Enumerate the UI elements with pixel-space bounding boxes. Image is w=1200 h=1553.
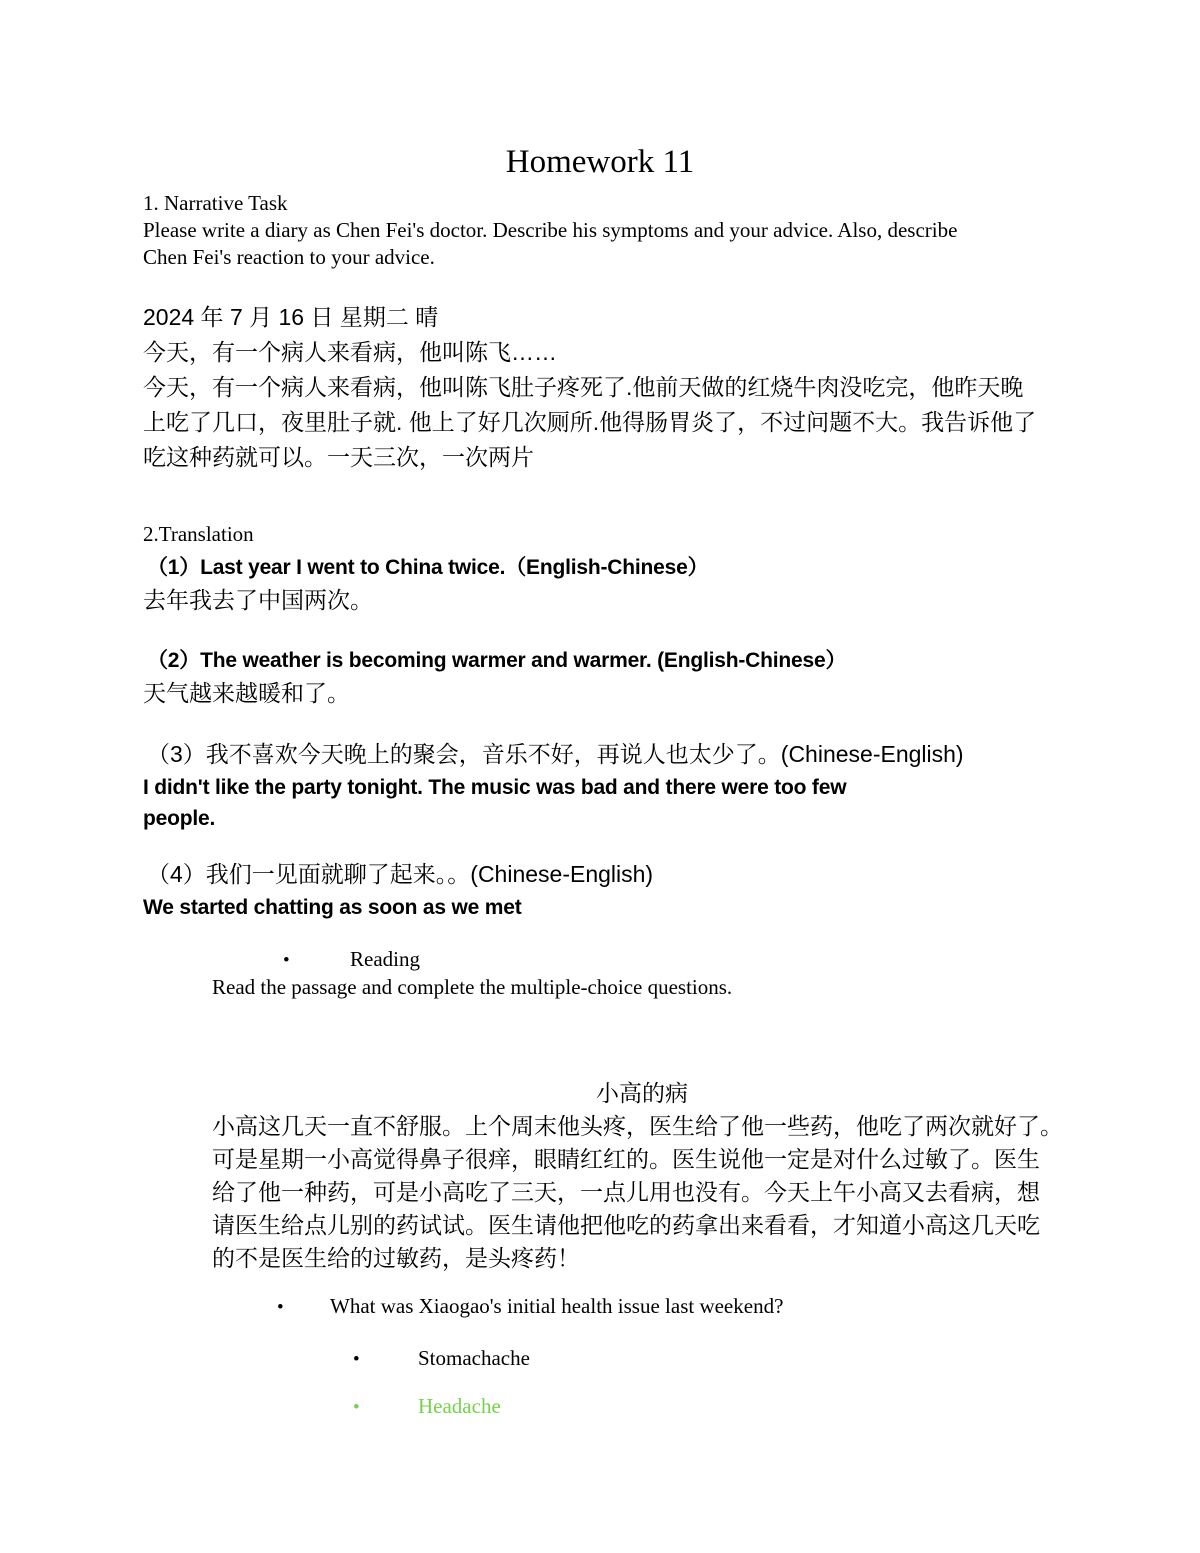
translation-item-3: （3）我不喜欢今天晚上的聚会，音乐不好，再说人也太少了。(Chinese-Eng… <box>143 737 1057 834</box>
translation-answer-line: I didn't like the party tonight. The mus… <box>143 772 1057 803</box>
option-label: Headache <box>418 1394 501 1418</box>
translation-heading: 2.Translation <box>143 521 1057 548</box>
translation-prompt: （1）Last year I went to China twice.（Engl… <box>143 552 1057 583</box>
answer-option-headache: •Headache <box>143 1393 1057 1421</box>
question-row: •What was Xiaogao's initial health issue… <box>143 1293 1057 1321</box>
option-label: Stomachache <box>418 1346 530 1370</box>
page-title: Homework 11 <box>143 142 1057 182</box>
translation-answer: 去年我去了中国两次。 <box>143 583 1057 618</box>
translation-item-1: （1）Last year I went to China twice.（Engl… <box>143 552 1057 618</box>
narrative-instructions: Please write a diary as Chen Fei's docto… <box>143 217 1057 271</box>
passage-title: 小高的病 <box>212 1077 1072 1110</box>
translation-answer: 天气越来越暖和了。 <box>143 676 1057 711</box>
question-text: What was Xiaogao's initial health issue … <box>330 1294 783 1318</box>
bullet-icon: • <box>353 1394 418 1421</box>
bullet-icon: • <box>353 1346 418 1373</box>
diary-entry: 2024 年 7 月 16 日 星期二 晴 今天，有一个病人来看病，他叫陈飞……… <box>143 300 1057 475</box>
passage-line: 给了他一种药，可是小高吃了三天，一点儿用也没有。今天上午小高又去看病，想 <box>212 1176 1072 1209</box>
reading-passage: 小高的病 小高这几天一直不舒服。上个周末他头疼，医生给了他一些药，他吃了两次就好… <box>143 1077 1072 1275</box>
passage-line: 请医生给点儿别的药试试。医生请他把他吃的药拿出来看看，才知道小高这几天吃 <box>212 1209 1072 1242</box>
diary-date-line: 2024 年 7 月 16 日 星期二 晴 <box>143 300 1057 335</box>
translation-answer-line: people. <box>143 803 1057 834</box>
passage-line: 的不是医生给的过敏药，是头疼药！ <box>212 1242 1072 1275</box>
translation-prompt: （4）我们一见面就聊了起来。。(Chinese-English) <box>143 857 1057 892</box>
bullet-icon: • <box>283 947 350 974</box>
diary-line: 今天，有一个病人来看病，他叫陈飞…… <box>143 335 1057 370</box>
narrative-instructions-line: Chen Fei's reaction to your advice. <box>143 244 1057 271</box>
diary-line: 今天，有一个病人来看病，他叫陈飞肚子疼死了.他前天做的红烧牛肉没吃完，他昨天晚 <box>143 370 1057 405</box>
translation-item-2: （2）The weather is becoming warmer and wa… <box>143 645 1057 711</box>
translation-prompt: （3）我不喜欢今天晚上的聚会，音乐不好，再说人也太少了。(Chinese-Eng… <box>143 737 1057 772</box>
translation-prompt: （2）The weather is becoming warmer and wa… <box>143 645 1057 676</box>
reading-instructions: Read the passage and complete the multip… <box>143 974 1057 1001</box>
translation-item-4: （4）我们一见面就聊了起来。。(Chinese-English) We star… <box>143 857 1057 923</box>
reading-section-heading-row: •Reading <box>143 946 1057 974</box>
narrative-task-heading: 1. Narrative Task <box>143 190 1057 217</box>
document-page: Homework 11 1. Narrative Task Please wri… <box>0 0 1200 1553</box>
passage-line: 可是星期一小高觉得鼻子很痒，眼睛红红的。医生说他一定是对什么过敏了。医生 <box>212 1143 1072 1176</box>
narrative-instructions-line: Please write a diary as Chen Fei's docto… <box>143 217 1057 244</box>
translation-answer-line: We started chatting as soon as we met <box>143 892 1057 923</box>
passage-line: 小高这几天一直不舒服。上个周末他头疼，医生给了他一些药，他吃了两次就好了。 <box>212 1110 1072 1143</box>
document-content: Homework 11 1. Narrative Task Please wri… <box>143 142 1057 1421</box>
diary-line: 吃这种药就可以。一天三次，一次两片 <box>143 440 1057 475</box>
diary-line: 上吃了几口，夜里肚子就. 他上了好几次厕所.他得肠胃炎了，不过问题不大。我告诉他… <box>143 405 1057 440</box>
reading-heading: Reading <box>350 947 420 971</box>
bullet-icon: • <box>277 1294 330 1321</box>
answer-option-stomachache: •Stomachache <box>143 1345 1057 1373</box>
